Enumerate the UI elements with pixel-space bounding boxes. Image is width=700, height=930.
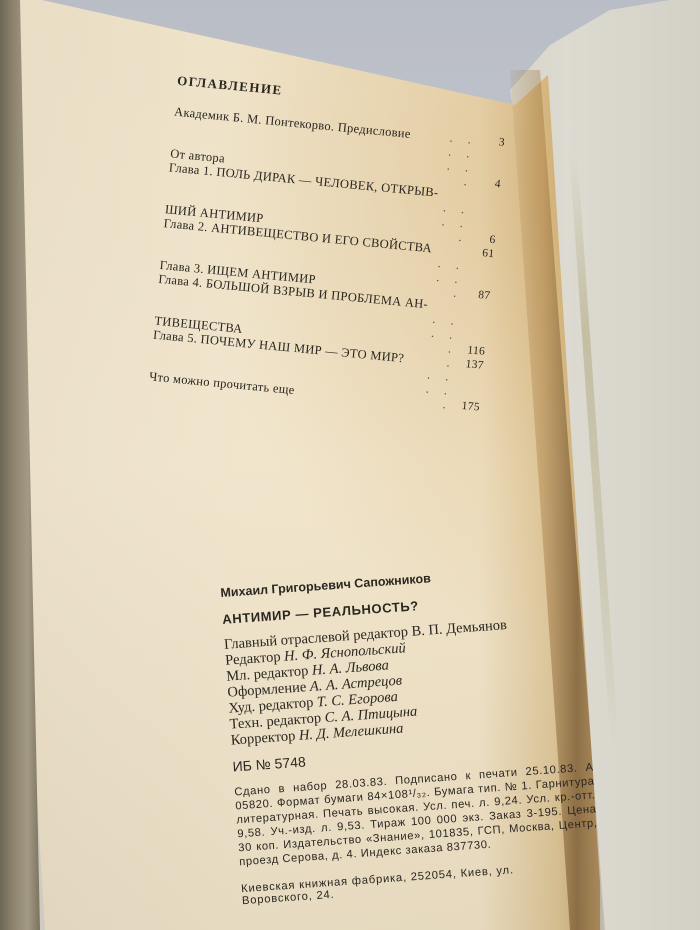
leader-dots: . . . . .	[422, 255, 466, 301]
leader-dots: . . . . .	[427, 199, 471, 245]
toc-page-number: 4	[472, 175, 501, 192]
leader-dots: . . . . .	[411, 366, 455, 412]
leader-dots: . . . . .	[433, 143, 477, 189]
toc-page-number: 175	[451, 398, 480, 415]
credits-list: Главный отраслевой редактор В. П. Демьян…	[224, 613, 571, 748]
imprint-details: Сдано в набор 28.03.83. Подписано к печа…	[234, 761, 599, 870]
credit-role: Корректор	[230, 728, 296, 748]
toc-page-number: 87	[462, 287, 491, 304]
toc-list: Академик Б. М. Понтекорво. Предисловие .…	[141, 104, 506, 415]
toc-page-number: 3	[476, 133, 505, 150]
leader-dots: . . . . .	[417, 311, 461, 357]
toc-page-number: 61	[466, 245, 495, 262]
table-of-contents: ОГЛАВЛЕНИЕ Академик Б. М. Понтекорво. Пр…	[141, 72, 509, 415]
colophon: Михаил Григорьевич Сапожников АНТИМИР — …	[220, 562, 582, 907]
toc-page-number: 137	[455, 356, 484, 373]
